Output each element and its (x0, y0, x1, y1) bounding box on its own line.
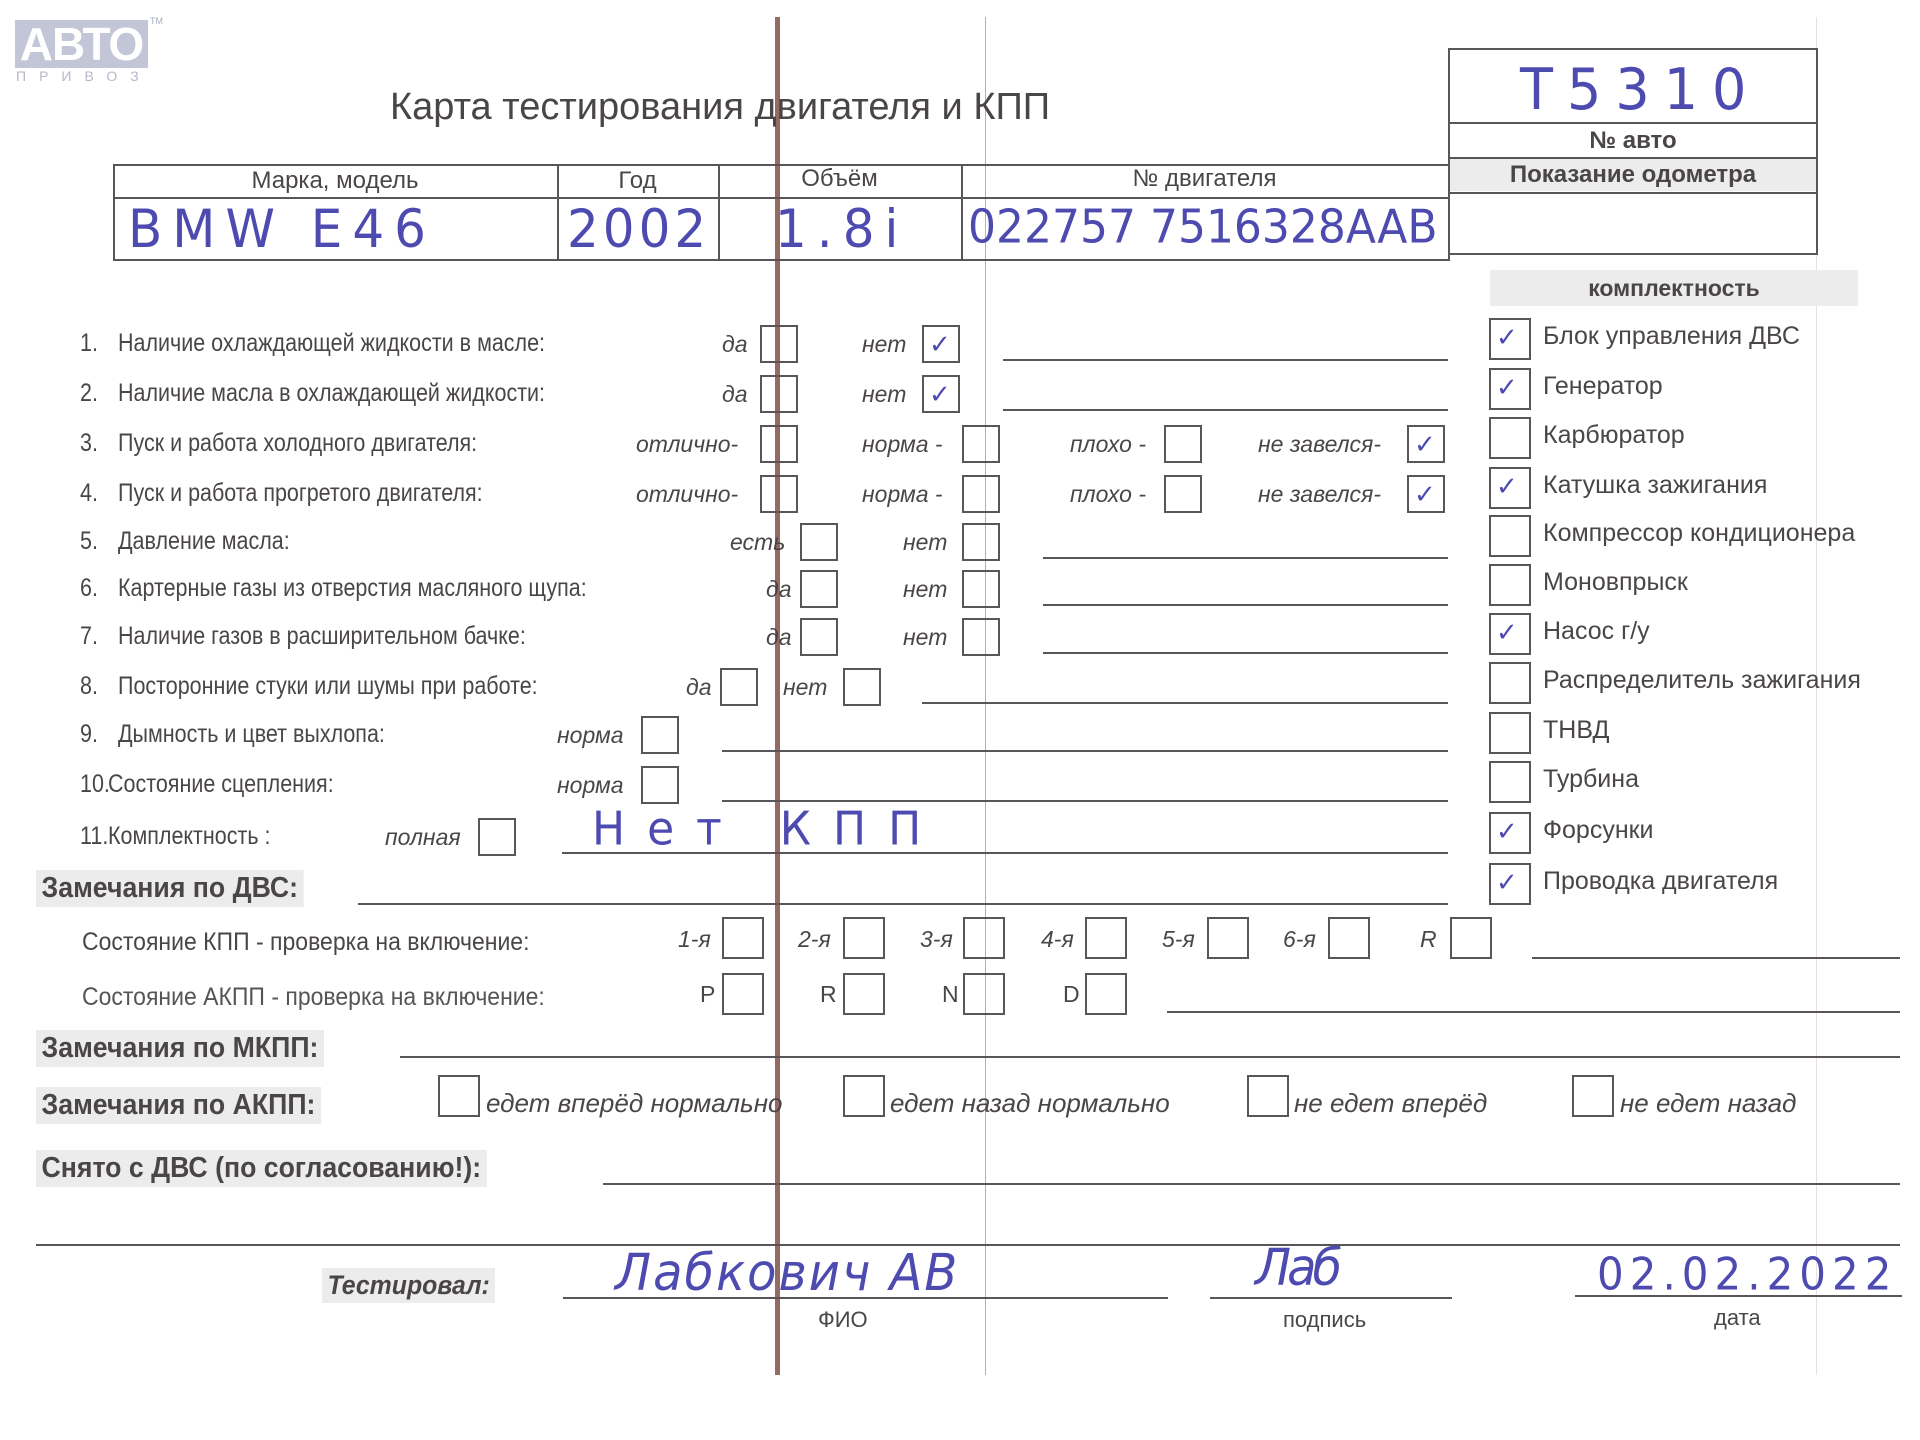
checkmark-icon: ✓ (1414, 481, 1436, 509)
removed-line[interactable] (603, 1183, 1900, 1185)
checklist-item-5-number: 5. (80, 527, 98, 556)
checkbox-1-1[interactable] (760, 325, 798, 363)
manual-gearbox-label: Состояние КПП - проверка на включение: (82, 928, 529, 957)
equipment-item-label: Компрессор кондиционера (1543, 519, 1855, 548)
option-label: отлично- (636, 431, 738, 458)
checklist-item-4-label: Пуск и работа прогретого двигателя: (118, 479, 483, 508)
equipment-item-label: Форсунки (1543, 816, 1654, 845)
checkbox-4-1[interactable] (760, 475, 798, 513)
option-label: да (766, 576, 792, 603)
checkmark-icon: ✓ (1496, 619, 1518, 647)
manual-gear-checkbox-7[interactable] (1450, 917, 1492, 959)
option-label: нет (862, 331, 906, 358)
checkbox-5-1[interactable] (800, 523, 838, 561)
remarks-engine-label: Замечания по ДВС: (36, 870, 304, 907)
value-volume[interactable]: 1.8i (775, 199, 908, 260)
equipment-checkbox-5[interactable] (1489, 515, 1531, 557)
checklist-item-8-label: Посторонние стуки или шумы при работе: (118, 672, 538, 701)
equipment-checkbox-4[interactable]: ✓ (1489, 467, 1531, 509)
checklist-item-11-number: 11. (80, 822, 108, 851)
car-number-label: № авто (1448, 127, 1818, 155)
checklist-item-6-notes-line[interactable] (1043, 604, 1448, 606)
checklist-item-2-notes-line[interactable] (1003, 409, 1448, 411)
value-year[interactable]: 2002 (567, 199, 710, 260)
signature-line (1210, 1297, 1452, 1299)
option-label: нет (903, 529, 947, 556)
gear-label: 4-я (1041, 926, 1074, 953)
tester-name[interactable]: Лабкович АВ (615, 1244, 959, 1303)
equipment-checkbox-6[interactable] (1489, 564, 1531, 606)
manual-gear-checkbox-2[interactable] (843, 917, 885, 959)
checkbox-11-1[interactable] (478, 818, 516, 856)
manual-gear-checkbox-3[interactable] (963, 917, 1005, 959)
checkmark-icon: ✓ (929, 331, 951, 359)
checklist-item-6-number: 6. (80, 574, 98, 603)
extra-line[interactable] (36, 1244, 1900, 1246)
checklist-item-1-label: Наличие охлаждающей жидкости в масле: (118, 329, 545, 358)
value-make-model[interactable]: BMW E46 (128, 199, 436, 260)
option-label: да (686, 674, 712, 701)
checkbox-3-1[interactable] (760, 425, 798, 463)
equipment-item-label: Проводка двигателя (1543, 867, 1778, 896)
checkbox-2-2[interactable]: ✓ (922, 375, 960, 413)
equipment-checkbox-1[interactable]: ✓ (1489, 318, 1531, 360)
tested-by-label: Тестировал: (322, 1268, 495, 1303)
checkbox-3-3[interactable] (1164, 425, 1202, 463)
equipment-checkbox-9[interactable] (1489, 712, 1531, 754)
checklist-item-10-label: Состояние сцепления: (108, 770, 334, 799)
equipment-item-label: ТНВД (1543, 716, 1609, 745)
gear-label: D (1063, 981, 1080, 1008)
checklist-item-5-label: Давление масла: (118, 527, 290, 556)
checklist-item-1-number: 1. (80, 329, 98, 358)
equipment-item-label: Карбюратор (1543, 421, 1685, 450)
checkbox-3-4[interactable]: ✓ (1407, 425, 1445, 463)
date[interactable]: 02.02.2022 (1597, 1249, 1897, 1300)
option-label: норма - (862, 481, 943, 508)
checklist-item-8-notes-line[interactable] (922, 702, 1448, 704)
manual-gear-checkbox-4[interactable] (1085, 917, 1127, 959)
option-label: есть (730, 529, 785, 556)
equipment-header: комплектность (1490, 270, 1858, 306)
checklist-item-7-label: Наличие газов в расширительном бачке: (118, 622, 526, 651)
checkbox-9-1[interactable] (641, 716, 679, 754)
option-label: нет (783, 674, 827, 701)
gear-label: R (1420, 926, 1437, 953)
equipment-item-label: Блок управления ДВС (1543, 322, 1800, 351)
equipment-checkbox-12[interactable]: ✓ (1489, 863, 1531, 905)
logo-trademark: TM (150, 16, 163, 26)
equipment-item-label: Катушка зажигания (1543, 471, 1767, 500)
name-caption: ФИО (818, 1307, 868, 1333)
equipment-item-label: Распределитель зажигания (1543, 666, 1861, 695)
header-engine-number: № двигателя (961, 165, 1448, 193)
option-label: норма (557, 772, 624, 799)
checkbox-8-1[interactable] (720, 668, 758, 706)
auto-remark-label: не едет назад (1620, 1088, 1796, 1119)
checklist-item-7-notes-line[interactable] (1043, 652, 1448, 654)
checkbox-7-2[interactable] (962, 618, 1000, 656)
option-label: плохо - (1070, 481, 1146, 508)
checkbox-10-1[interactable] (641, 766, 679, 804)
auto-gearbox-line[interactable] (1167, 1011, 1900, 1013)
gear-label: N (942, 981, 959, 1008)
remarks-manual-line[interactable] (400, 1056, 1900, 1058)
auto-gear-checkbox-2[interactable] (843, 973, 885, 1015)
checklist-item-9-label: Дымность и цвет выхлопа: (118, 720, 385, 749)
equipment-item-label: Моновпрыск (1543, 568, 1688, 597)
checklist-item-8-number: 8. (80, 672, 98, 701)
auto-gear-checkbox-3[interactable] (963, 973, 1005, 1015)
checkmark-icon: ✓ (1414, 431, 1436, 459)
checkmark-icon: ✓ (1496, 869, 1518, 897)
gear-label: P (700, 981, 715, 1008)
remarks-manual-label: Замечания по МКПП: (36, 1030, 324, 1067)
equipment-checkbox-8[interactable] (1489, 662, 1531, 704)
page-title: Карта тестирования двигателя и КПП (390, 86, 1050, 129)
manual-gear-checkbox-6[interactable] (1328, 917, 1370, 959)
checklist-item-4-number: 4. (80, 479, 98, 508)
checkbox-7-1[interactable] (800, 618, 838, 656)
checklist-item-10-number: 10. (80, 770, 110, 799)
equipment-checkbox-11[interactable]: ✓ (1489, 812, 1531, 854)
gear-label: 2-я (798, 926, 831, 953)
gear-label: 6-я (1283, 926, 1316, 953)
gear-label: 3-я (920, 926, 953, 953)
checkmark-icon: ✓ (1496, 324, 1518, 352)
checklist-item-3-label: Пуск и работа холодного двигателя: (118, 429, 477, 458)
option-label: плохо - (1070, 431, 1146, 458)
checklist-item-5-notes-line[interactable] (1043, 557, 1448, 559)
checkmark-icon: ✓ (1496, 374, 1518, 402)
checkmark-icon: ✓ (1496, 473, 1518, 501)
odometer-value[interactable] (1450, 194, 1816, 252)
divider (1448, 122, 1818, 124)
checklist-item-11-label: Комплектность : (108, 822, 270, 851)
equipment-checkbox-10[interactable] (1489, 761, 1531, 803)
auto-remark-checkbox-3[interactable] (1247, 1075, 1289, 1117)
checklist-item-2-label: Наличие масла в охлаждающей жидкости: (118, 379, 545, 408)
gear-label: 5-я (1162, 926, 1195, 953)
checklist-item-9-notes-line[interactable] (722, 750, 1448, 752)
equipment-item-label: Насос г/у (1543, 617, 1650, 646)
auto-gearbox-label: Состояние АКПП - проверка на включение: (82, 983, 545, 1012)
date-caption: дата (1714, 1305, 1761, 1331)
auto-remark-label: не едет вперёд (1294, 1088, 1487, 1119)
checklist-item-10-notes-line[interactable] (722, 800, 1448, 802)
signature-caption: подпись (1283, 1307, 1366, 1333)
checkmark-icon: ✓ (1496, 818, 1518, 846)
checklist-item-6-label: Картерные газы из отверстия масляного щу… (118, 574, 587, 603)
checkbox-4-4[interactable]: ✓ (1407, 475, 1445, 513)
checkbox-4-2[interactable] (962, 475, 1000, 513)
option-label: нет (903, 576, 947, 603)
header-volume: Объём (718, 165, 961, 193)
option-label: нет (862, 381, 906, 408)
checklist-item-3-number: 3. (80, 429, 98, 458)
equipment-checkbox-3[interactable] (1489, 417, 1531, 459)
auto-gear-checkbox-4[interactable] (1085, 973, 1127, 1015)
gear-label: R (820, 981, 837, 1008)
checkbox-6-1[interactable] (800, 570, 838, 608)
checkmark-icon: ✓ (929, 381, 951, 409)
checklist-item-1-notes-line[interactable] (1003, 359, 1448, 361)
auto-remark-label: едет назад нормально (890, 1088, 1170, 1119)
equipment-checkbox-2[interactable]: ✓ (1489, 368, 1531, 410)
manual-gear-checkbox-1[interactable] (722, 917, 764, 959)
checkbox-4-3[interactable] (1164, 475, 1202, 513)
completeness-note[interactable]: Нет КПП (592, 803, 943, 857)
remarks-auto-label: Замечания по АКПП: (36, 1087, 321, 1124)
checklist-item-7-number: 7. (80, 622, 98, 651)
checkbox-1-2[interactable]: ✓ (922, 325, 960, 363)
checkbox-8-2[interactable] (843, 668, 881, 706)
remarks-engine-line[interactable] (358, 903, 1448, 905)
removed-label: Снято с ДВС (по согласованию!): (36, 1150, 487, 1187)
date-line (1575, 1295, 1902, 1297)
option-label: да (722, 331, 748, 358)
auto-remark-checkbox-1[interactable] (438, 1075, 480, 1117)
option-label: норма - (862, 431, 943, 458)
equipment-checkbox-7[interactable]: ✓ (1489, 613, 1531, 655)
option-label: полная (385, 824, 461, 851)
car-number-value[interactable]: T5310 (1520, 56, 1760, 122)
option-label: не завелся- (1258, 431, 1381, 458)
checkbox-6-2[interactable] (962, 570, 1000, 608)
checkbox-2-1[interactable] (760, 375, 798, 413)
logo: АВТО (15, 20, 148, 68)
manual-gearbox-line[interactable] (1532, 957, 1900, 959)
auto-remark-checkbox-4[interactable] (1572, 1075, 1614, 1117)
auto-remark-label: едет вперёд нормально (486, 1088, 782, 1119)
gear-label: 1-я (678, 926, 711, 953)
manual-gear-checkbox-5[interactable] (1207, 917, 1249, 959)
odometer-label: Показание одометра (1450, 159, 1816, 191)
header-make-model: Марка, модель (113, 167, 557, 195)
checklist-item-2-number: 2. (80, 379, 98, 408)
equipment-item-label: Турбина (1543, 765, 1639, 794)
option-label: отлично- (636, 481, 738, 508)
checkbox-3-2[interactable] (962, 425, 1000, 463)
option-label: нет (903, 624, 947, 651)
checkbox-5-2[interactable] (962, 523, 1000, 561)
checklist-item-9-number: 9. (80, 720, 98, 749)
signature[interactable]: Лаб (1255, 1239, 1338, 1298)
logo-subtitle: ПРИВОЗ (16, 68, 152, 84)
auto-gear-checkbox-1[interactable] (722, 973, 764, 1015)
option-label: да (766, 624, 792, 651)
name-line (563, 1297, 1168, 1299)
value-engine-number[interactable]: 022757 7516328AAB (968, 201, 1438, 255)
header-year: Год (557, 167, 718, 195)
auto-remark-checkbox-2[interactable] (843, 1075, 885, 1117)
option-label: норма (557, 722, 624, 749)
option-label: да (722, 381, 748, 408)
option-label: не завелся- (1258, 481, 1381, 508)
equipment-item-label: Генератор (1543, 372, 1663, 401)
